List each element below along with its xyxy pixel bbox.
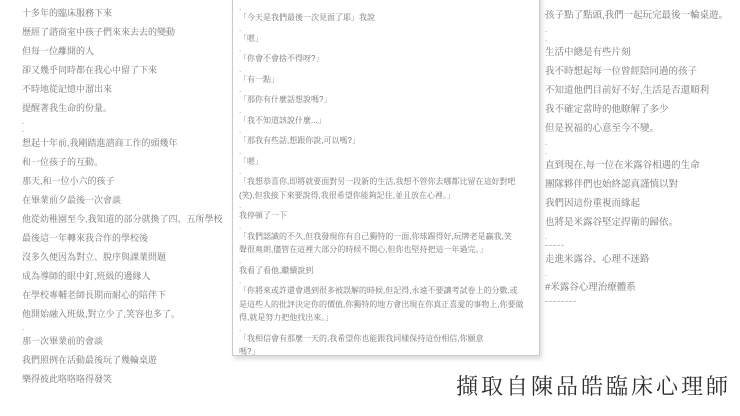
separator-dot: .	[239, 325, 539, 332]
text-line: 我們照例在活動最後玩了幾輪桌遊	[22, 351, 237, 370]
text-line: 歷經了諮商室中孩子們來來去去的變動	[22, 23, 237, 42]
text-line: 「今天是我們最後一次見面了耶」我說	[239, 11, 539, 25]
text-line: 在學校專輔老師長期而耐心的陪伴下	[22, 286, 237, 305]
text-line: 「有一點」	[239, 73, 539, 87]
separator-dot: .	[239, 107, 539, 114]
text-line: 我們因這份重視而緣起	[545, 194, 740, 213]
text-line: 孩子點了點頭,我們一起玩完最後一輪桌遊。	[545, 6, 740, 25]
separator-dot: .	[545, 269, 740, 278]
text-line: #米露谷心理治療體系	[545, 278, 740, 297]
text-line: 我不時想起每一位曾經陪同過的孩子	[545, 62, 740, 81]
text-line: 是這些人的批評決定你的價值,你獨特的地方會出現在你真正喜愛的事物上,你要做	[239, 298, 539, 312]
text-line: (笑),但我接下來要說得,我很希望你能夠記住,並且放在心裡。」	[239, 189, 539, 203]
separator-dot: .	[545, 34, 740, 43]
text-line: 不知道他們目前好不好,生活是否還順利	[545, 81, 740, 100]
separator-dot: .	[22, 324, 237, 332]
separator-dot: .	[239, 202, 539, 209]
separator-dot: .	[545, 147, 740, 156]
separator-dot: .	[239, 168, 539, 175]
text-line: 那一次畢業前的會談	[22, 332, 237, 351]
text-line: 「我想恭喜你,即將就要面對另一段新的生活,我想不管你去哪都比留在這好對吧	[239, 175, 539, 189]
text-line: 「嗯」	[239, 32, 539, 46]
text-line: 團隊夥伴們也始終認真謹慎以對	[545, 175, 740, 194]
text-line: 我停頓了一下	[239, 209, 539, 223]
text-line: 得,就是努力把他找出來。」	[239, 311, 539, 325]
text-line: 我看了看他,繼續說到	[239, 264, 539, 278]
separator-dot: .	[239, 66, 539, 73]
text-line: 生活中總是有些片刻	[545, 43, 740, 62]
separator-dot: .	[22, 126, 237, 134]
text-line: 「你將來或許還會遇到很多被誤解的時候,但記得,永遠不要讓考試卷上的分數,或	[239, 284, 539, 298]
divider-dashes: -----	[545, 241, 740, 250]
text-line: 聲很爽朗,儘管在這裡大部分的時候不開心,但你也堅持把這一年過完。」	[239, 243, 539, 257]
text-line: 嗎?」	[239, 345, 539, 359]
text-line: 我不確定當時的他瞭解了多少	[545, 100, 740, 119]
text-line: 和一位孩子的互動。	[22, 153, 237, 172]
separator-dot: .	[239, 127, 539, 134]
text-line: 「嗯」	[239, 155, 539, 169]
text-line: 「你會不會捨不得呀?」	[239, 52, 539, 66]
text-line: 提醒著我生命的份量。	[22, 99, 237, 118]
text-line: 他從幼稚園至今,我知道的部分就換了四、五所學校	[22, 210, 237, 229]
separator-dot: .	[239, 45, 539, 52]
dialogue-quote-box: .「今天是我們最後一次見面了耶」我說.「嗯」.「你會不會捨不得呀?」.「有一點」…	[232, 0, 540, 356]
separator-dot: .	[22, 118, 237, 126]
separator-dot: .	[239, 257, 539, 264]
separator-dot: .	[239, 86, 539, 93]
text-line: 不時地從記憶中溜出來	[22, 80, 237, 99]
right-text-column: 孩子點了點頭,我們一起玩完最後一輪桌遊。..生活中總是有些片刻我不時想起每一位曾…	[545, 6, 740, 306]
separator-dot: .	[545, 25, 740, 34]
text-line: 「我相信會有那麼一天的,我希望你也能跟我同樣保持這份相信,你願意	[239, 332, 539, 346]
text-line: 直到現在,每一位在米露谷相遇的生命	[545, 156, 740, 175]
text-line: 他開始融入班級,對立少了,笑容也多了。	[22, 305, 237, 324]
left-text-column: 十多年的臨床服務下來歷經了諮商室中孩子們來來去去的變動但每一位離開的人卻又幾乎同…	[22, 4, 237, 389]
text-line: 「我不知道該說什麼...」	[239, 114, 539, 128]
text-line: 卻又幾乎同時都在我心中留了下來	[22, 61, 237, 80]
text-line: 成為導師的眼中釘,班級的邊緣人	[22, 267, 237, 286]
text-line: 也將是米露谷堅定捍衛的歸依。	[545, 213, 740, 232]
separator-dot: .	[239, 4, 539, 11]
divider-dashes: --------	[545, 297, 740, 306]
separator-dot: .	[239, 223, 539, 230]
text-line: 樂得彼此咯咯咯得發笑	[22, 370, 237, 389]
text-line: 想起十年前,我剛踏進諮商工作的頭幾年	[22, 134, 237, 153]
text-line: 「那你有什麼話想說嗎?」	[239, 93, 539, 107]
text-line: 「那我有些話,想跟你說,可以嗎?」	[239, 134, 539, 148]
post-page: 十多年的臨床服務下來歷經了諮商室中孩子們來來去去的變動但每一位離開的人卻又幾乎同…	[0, 0, 740, 416]
text-line: 最後這一年轉來我合作的學校後	[22, 229, 237, 248]
text-line: 十多年的臨床服務下來	[22, 4, 237, 23]
text-line: 沒多久便因為對立、脫序與課業問題	[22, 248, 237, 267]
separator-dot: .	[545, 138, 740, 147]
attribution-caption: 擷取自陳品皓臨床心理師 臉書	[456, 370, 740, 401]
text-line: 但每一位離開的人	[22, 42, 237, 61]
separator-dot: .	[239, 148, 539, 155]
text-line: 但是祝福的心意至今不變。	[545, 119, 740, 138]
text-line: 走進米露谷、心理不迷路	[545, 250, 740, 269]
text-line: 在畢業前夕最後一次會談	[22, 191, 237, 210]
text-line: 那天,和一位小六的孩子	[22, 172, 237, 191]
separator-dot: .	[239, 277, 539, 284]
text-line: 「我們認識的不久,但我發現你有自己獨特的一面,你球踢得好,玩牌老是贏我,笑	[239, 230, 539, 244]
separator-dot: .	[239, 25, 539, 32]
separator-dot: .	[545, 232, 740, 241]
